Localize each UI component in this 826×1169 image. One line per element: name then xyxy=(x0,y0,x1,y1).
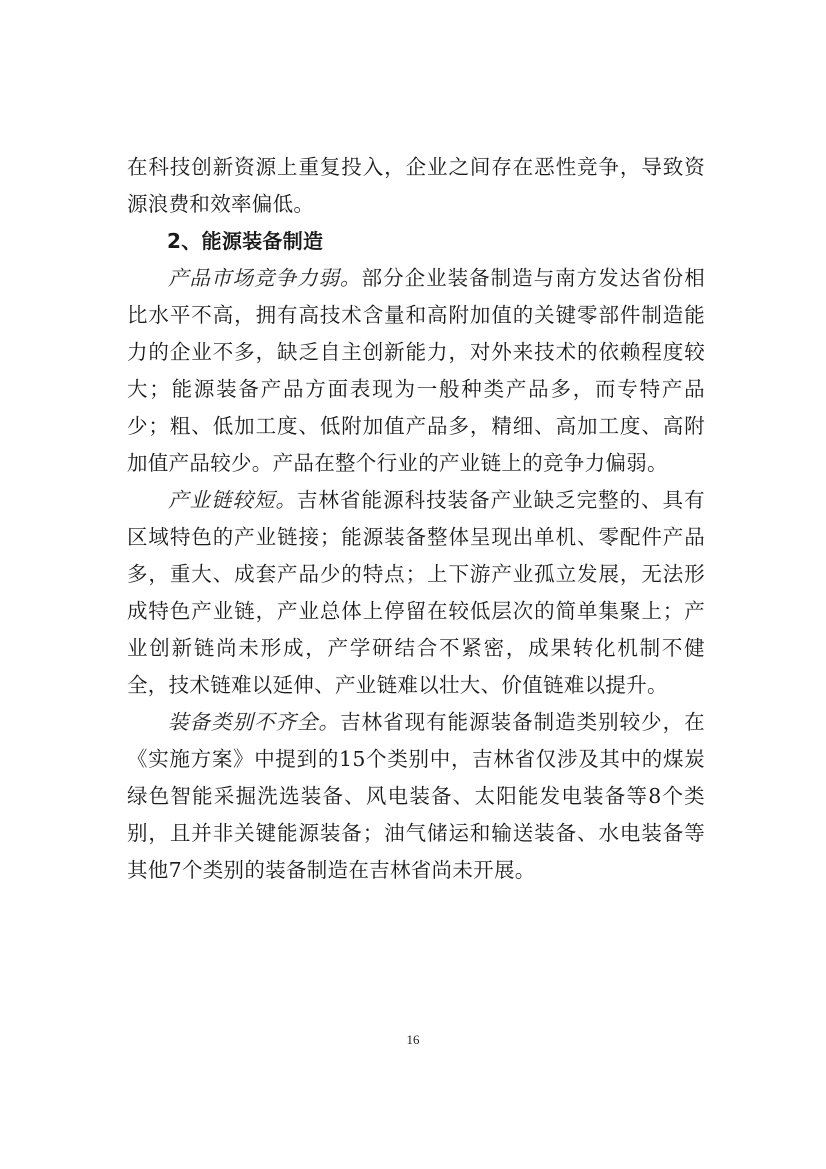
paragraph-product-competitiveness: 产品市场竞争力弱。部分企业装备制造与南方发达省份相比水平不高，拥有高技术含量和高… xyxy=(127,260,705,482)
document-page: 在科技创新资源上重复投入，企业之间存在恶性竞争，导致资源浪费和效率偏低。 2、能… xyxy=(0,0,826,1169)
heading-text: 2、能源装备制造 xyxy=(167,229,323,253)
page-body: 在科技创新资源上重复投入，企业之间存在恶性竞争，导致资源浪费和效率偏低。 2、能… xyxy=(127,149,705,889)
paragraph-text: 在科技创新资源上重复投入，企业之间存在恶性竞争，导致资源浪费和效率偏低。 xyxy=(127,155,705,216)
paragraph-text: 吉林省现有能源装备制造类别较少，在《实施方案》中提到的15个类别中，吉林省仅涉及… xyxy=(127,710,705,882)
paragraph-text: 吉林省能源科技装备产业缺乏完整的、具有区域特色的产业链接；能源装备整体呈现出单机… xyxy=(127,488,705,697)
section-heading: 2、能源装备制造 xyxy=(127,223,705,260)
paragraph-industry-chain: 产业链较短。吉林省能源科技装备产业缺乏完整的、具有区域特色的产业链接；能源装备整… xyxy=(127,482,705,704)
paragraph-text: 部分企业装备制造与南方发达省份相比水平不高，拥有高技术含量和高附加值的关键零部件… xyxy=(127,266,705,475)
paragraph-lead: 产品市场竞争力弱。 xyxy=(168,266,362,290)
paragraph-equipment-categories: 装备类别不齐全。吉林省现有能源装备制造类别较少，在《实施方案》中提到的15个类别… xyxy=(127,704,705,889)
paragraph-lead: 装备类别不齐全。 xyxy=(168,710,340,734)
continuation-paragraph: 在科技创新资源上重复投入，企业之间存在恶性竞争，导致资源浪费和效率偏低。 xyxy=(127,149,705,223)
paragraph-lead: 产业链较短。 xyxy=(168,488,297,512)
page-number: 16 xyxy=(0,1032,826,1048)
